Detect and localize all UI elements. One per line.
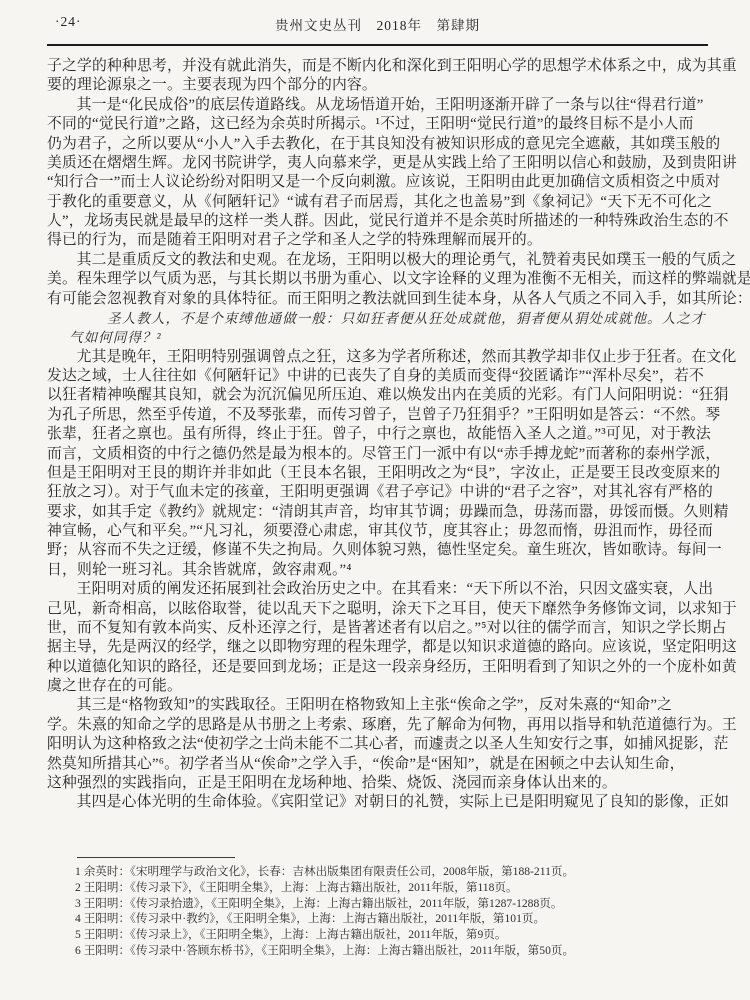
body-text-line: 王阳明对质的阐发还拓展到社会政治历史之中。在其看来：“天下所以不治，只因文盛实衰… (47, 580, 708, 599)
body-text-line: 学。朱熹的知命之学的思路是从书册之上考索、琢磨，先了解命为何物，再用以指导和轨范… (47, 716, 708, 735)
body-text-line: 这种强烈的实践指向，正是王阳明在龙场种地、拾柴、烧饭、浇园而亲身体认出来的。 (47, 774, 708, 793)
body-text-line: 野；从容而不失之迂缓，修谨不失之拘局。久则体貌习熟，德性坚定矣。童生班次，皆如歌… (47, 541, 708, 560)
body-text-line: 不同的“觉民行道”之路，这已经为余英时所揭示。¹不过，王阳明“觉民行道”的最终目… (47, 115, 708, 134)
footnote-line: 6 王阳明：《传习录中·答顾东桥书》，《王阳明全集》，上海：上海古籍出版社，20… (75, 943, 725, 959)
body-text-line: 以狂者精神唤醒其良知，就会为沉沉偏见所压迫、难以焕发出内在美质的光彩。有门人问阳… (47, 386, 708, 405)
body-text-line: 其二是重质反文的教法和史观。在龙场，王阳明以极大的理论勇气，礼赞着夷民如璞玉一般… (47, 251, 708, 270)
footnote-line: 2 王阳明：《传习录下》，《王阳明全集》，上海：上海古籍出版社，2011年版，第… (75, 880, 725, 896)
body-text-line: 于教化的重要意义，从《何陋轩记》“诚有君子而居焉，其化之也盖易”到《象祠记》“天… (47, 193, 708, 212)
footnote-line: 3 王阳明：《传习录拾遗》，《王阳明全集》，上海：上海古籍出版社，2011年版，… (75, 896, 725, 912)
body-text-line: 有可能会忽视教育对象的具体特征。而王阳明之教法就回到生徒本身，从各人气质之不同入… (47, 290, 708, 309)
body-text-line: 种以道德化知识的路径，还是要回到龙场；正是这一段亲身经历，王阳明看到了知识之外的… (47, 658, 708, 677)
body-text-line: 而言，文质相资的中行之德仍然是最为根本的。尽管王门一派中有以“赤手搏龙蛇”而著称… (47, 445, 708, 464)
footnote-line: 4 王阳明：《传习录中·教约》，《王阳明全集》，上海：上海古籍出版社，2011年… (75, 911, 725, 927)
footnotes: 1 余英时：《宋明理学与政治文化》，长春：吉林出版集团有限责任公司，2008年版… (75, 864, 725, 959)
article-body: 子之学的种种思考，并没有就此消失，而是不断内化和深化到王阳明心学的思想学术体系之… (47, 57, 708, 813)
page-number: ·24· (55, 14, 82, 30)
journal-page: ·24· 贵州文史丛刊 2018年 第肆期 子之学的种种思考，并没有就此消失，而… (0, 0, 750, 1000)
body-text-line: 得已的行为，而是随着王阳明对君子之学和圣人之学的特殊理解而展开的。 (47, 231, 708, 250)
body-text-line: 要求，如其手定《教约》就规定：“清朗其声音，均审其节调；毋躁而急，毋荡而嚣，毋馁… (47, 503, 708, 522)
body-text-line: 气如何同得？² (47, 328, 708, 347)
body-text-line: 张辈，狂者之禀也。虽有所得，终止于狂。曾子，中行之禀也，故能悟入圣人之道。”³可… (47, 425, 708, 444)
body-text-line: 美。程朱理学以气质为恶，与其长期以书册为重心、以文字诠释的义理为准衡不无相关，而… (47, 270, 708, 289)
body-text-line: 其三是“格物致知”的实践取径。王阳明在格物致知上主张“俟命之学”，反对朱熹的“知… (47, 696, 708, 715)
body-text-line: 狂放之习）。对于气血未定的孩童，王阳明更强调《君子亭记》中讲的“君子之容”，对其… (47, 483, 708, 502)
body-text-line: 阳明认为这种格致之法“使初学之士尚未能不二其心者，而遽责之以圣人生知安行之事，如… (47, 735, 708, 754)
body-text-line: 美质还在熠熠生辉。龙冈书院讲学，夷人向慕来学，更是从实践上给了王阳明以信心和鼓励… (47, 154, 708, 173)
body-text-line: 然莫知所措其心”⁶。初学者当从“俟命”之学入手，“俟命”是“困知”，就是在困顿之… (47, 755, 708, 774)
body-text-line: 为孔子所思，然至乎传道，不及琴张辈，而传习曾子，岂曾子乃狂狷乎？”王阳明如是答云… (47, 406, 708, 425)
body-text-line: 要的理论源泉之一。主要表现为四个部分的内容。 (47, 76, 708, 95)
body-text-line: 圣人教人，不是个束缚他通做一般：只如狂者便从狂处成就他，狷者便从狷处成就他。人之… (47, 309, 708, 328)
header-rule (47, 44, 708, 46)
footnote-line: 1 余英时：《宋明理学与政治文化》，长春：吉林出版集团有限责任公司，2008年版… (75, 864, 725, 880)
body-text-line: “知行合一”而士人议论纷纷对阳明又是一个反向刺激。应该说，王阳明由此更加确信文质… (47, 173, 708, 192)
body-text-line: 仍为君子，之所以要从“小人”入手去教化，在于其良知没有被知识形成的意见完全遮蔽，… (47, 135, 708, 154)
body-text-line: 尤其是晚年，王阳明特别强调曾点之狂，这多为学者所称述，然而其教学却非仅止步于狂者… (47, 348, 708, 367)
body-text-line: 子之学的种种思考，并没有就此消失，而是不断内化和深化到王阳明心学的思想学术体系之… (47, 57, 708, 76)
body-text-line: 其四是心体光明的生命体验。《宾阳堂记》对朝日的礼赞，实际上已是阳明窥见了良知的影… (47, 793, 708, 812)
body-text-line: 日，则轮一班习礼。其余皆就席，敛容肃观。”⁴ (47, 561, 708, 580)
journal-title-line: 贵州文史丛刊 2018年 第肆期 (47, 14, 708, 34)
footnote-separator (77, 857, 235, 858)
body-text-line: 世，而不复知有敦本尚实、反朴还淳之行，是皆著述者有以启之。”⁵对以往的儒学而言，… (47, 619, 708, 638)
body-text-line: 己见，新奇相高，以眩俗取誉，徒以乱天下之聪明，涂天下之耳目，使天下靡然争务修饰文… (47, 600, 708, 619)
body-text-line: 人”，龙场夷民就是最早的这样一类人群。因此，觉民行道并不是余英时所描述的一种特殊… (47, 212, 708, 231)
body-text-line: 其一是“化民成俗”的底层传道路线。从龙场悟道开始，王阳明逐渐开辟了一条与以往“得… (47, 96, 708, 115)
page-header: ·24· 贵州文史丛刊 2018年 第肆期 (47, 14, 708, 34)
body-text-line: 神宣畅，心气和平矣。”“凡习礼，须要澄心肃虑，审其仪节，度其容止；毋忽而惰，毋沮… (47, 522, 708, 541)
body-text-line: 据主导，先是两汉的经学，继之以即物穷理的程朱理学，都是以知识求道德的路向。应该说… (47, 638, 708, 657)
footnote-line: 5 王阳明：《传习录上》，《王阳明全集》，上海：上海古籍出版社，2011年版，第… (75, 927, 725, 943)
body-text-line: 虞之世存在的可能。 (47, 677, 708, 696)
body-text-line: 但是王阳明对王艮的期许并非如此（王艮本名银，王阳明改之为“艮”，字汝止，正是要王… (47, 464, 708, 483)
body-text-line: 发达之域，士人往往如《何陋轩记》中讲的已丧失了自身的美质而变得“狡匿谲诈”“浑朴… (47, 367, 708, 386)
